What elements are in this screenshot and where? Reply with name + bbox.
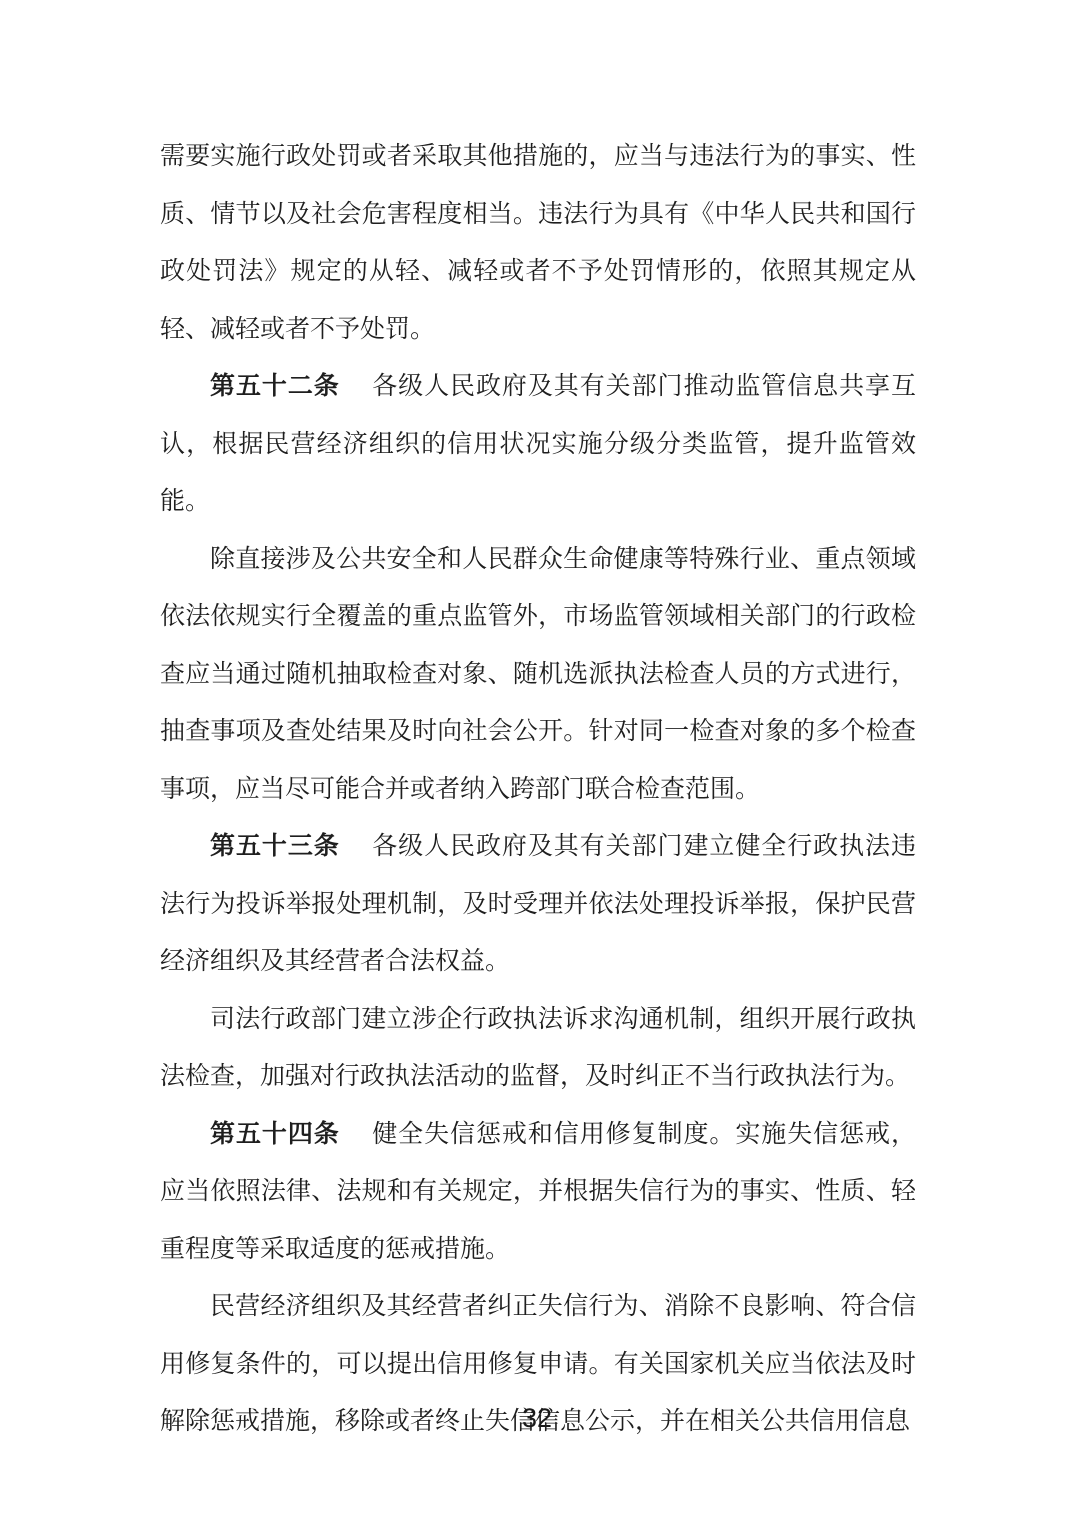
paragraph-article-53-clause-2: 司法行政部门建立涉企行政执法诉求沟通机制，组织开展行政执法检查，加强对行政执法活… (160, 991, 916, 1106)
paragraph-article-53: 第五十三条各级人民政府及其有关部门建立健全行政执法违法行为投诉举报处理机制，及时… (160, 818, 916, 991)
article-number-53: 第五十三条 (210, 833, 340, 860)
paragraph-text: 需要实施行政处罚或者采取其他措施的，应当与违法行为的事实、性质、情节以及社会危害… (160, 143, 916, 343)
paragraph-continuation: 需要实施行政处罚或者采取其他措施的，应当与违法行为的事实、性质、情节以及社会危害… (160, 128, 916, 358)
paragraph-article-52-clause-2: 除直接涉及公共安全和人民群众生命健康等特殊行业、重点领域依法依规实行全覆盖的重点… (160, 531, 916, 819)
text-content: 需要实施行政处罚或者采取其他措施的，应当与违法行为的事实、性质、情节以及社会危害… (160, 128, 916, 1451)
paragraph-article-54: 第五十四条健全失信惩戒和信用修复制度。实施失信惩戒，应当依照法律、法规和有关规定… (160, 1106, 916, 1279)
paragraph-article-52: 第五十二条各级人民政府及其有关部门推动监管信息共享互认，根据民营经济组织的信用状… (160, 358, 916, 531)
paragraph-text: 除直接涉及公共安全和人民群众生命健康等特殊行业、重点领域依法依规实行全覆盖的重点… (160, 546, 916, 803)
page-number: 32 (0, 1398, 1074, 1438)
article-number-54: 第五十四条 (210, 1121, 340, 1148)
document-page: 需要实施行政处罚或者采取其他措施的，应当与违法行为的事实、性质、情节以及社会危害… (0, 0, 1074, 1520)
article-number-52: 第五十二条 (210, 373, 340, 400)
paragraph-text: 司法行政部门建立涉企行政执法诉求沟通机制，组织开展行政执法检查，加强对行政执法活… (160, 1006, 916, 1091)
